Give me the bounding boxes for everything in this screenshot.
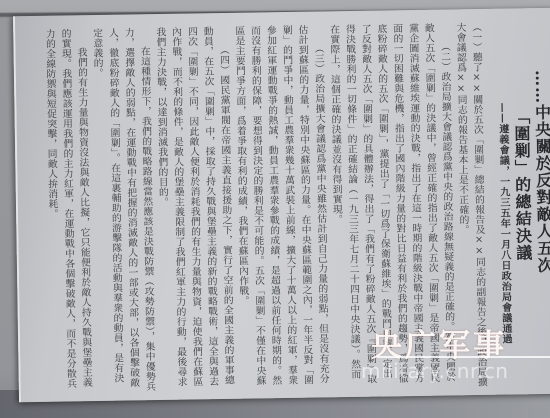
- watermark-rule: [377, 356, 550, 358]
- paragraph: （四）國民黨軍閥在帝國主義直接援助之下，實行了空前的全國主義的軍事總動員，在五次…: [151, 26, 236, 392]
- document-title-line1: ……中央關於反對敵人五次: [531, 70, 550, 274]
- document-subtitle: ——遵義會議，一九三五年一月八日政治局會議通過: [494, 103, 512, 345]
- paragraph: 在這種情形下，我們的戰略路線當然應該是決戰防禦（攻勢防禦），集中優勢兵力，選擇敵…: [88, 27, 157, 393]
- document-title-line2: 「圍剿」的總結決議: [511, 108, 534, 261]
- paragraph: （三）政治局擴大會議認爲黨中央雖然估計到自己力量的弱點，但是沒有充分估計到蘇區的…: [230, 24, 331, 390]
- photo-frame: ……中央關於反對敵人五次 「圍剿」的總結決議 ——遵義會議，一九三五年一月八日政…: [0, 0, 550, 418]
- watermark-url: military.cnr.cn: [361, 359, 508, 383]
- paragraph: 我們的有生力量與物資沒法與敵人比擬，它只能便利於敵人持久戰與堡壘主義的實現。我們…: [41, 28, 94, 394]
